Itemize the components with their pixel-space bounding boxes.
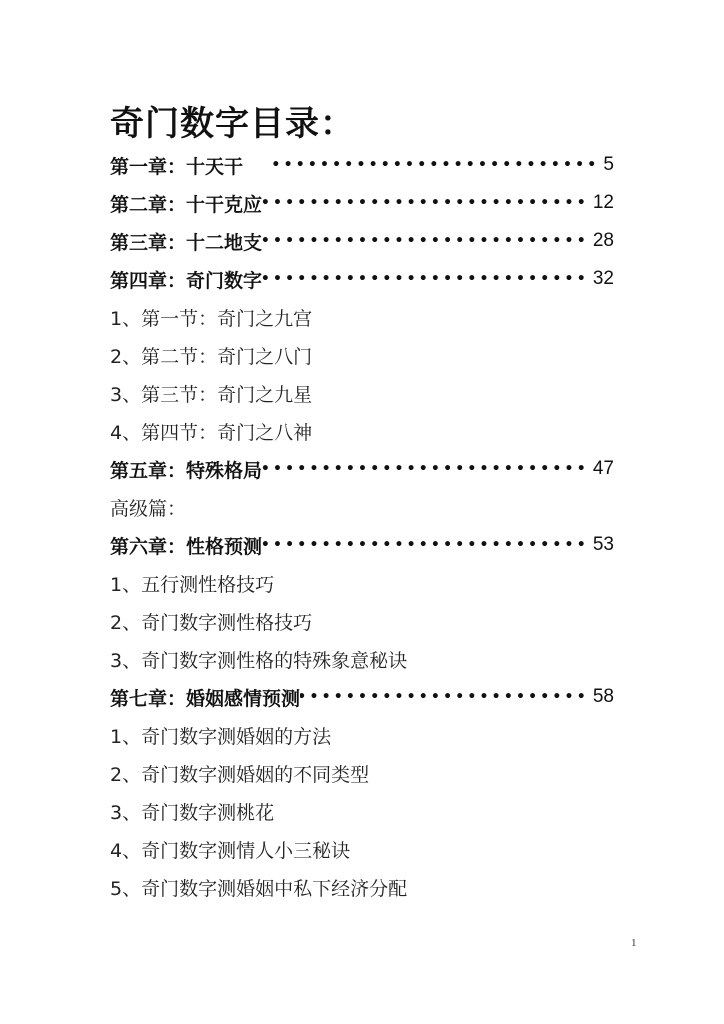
toc-entry-section[interactable]: 3、奇门数字测性格的特殊象意秘诀 bbox=[110, 644, 614, 674]
toc-entry-chapter-2[interactable]: 第二章：十干克应 •••••••••••••••••••••••••••••••… bbox=[110, 188, 614, 218]
toc-part-heading: 高级篇： bbox=[110, 492, 614, 522]
toc-entry-section[interactable]: 1、五行测性格技巧 bbox=[110, 568, 614, 598]
toc-entry-chapter-6[interactable]: 第六章：性格预测 •••••••••••••••••••••••••••••••… bbox=[110, 530, 614, 560]
toc-title: 奇门数字目录： bbox=[110, 96, 355, 145]
toc-entry-section[interactable]: 2、第二节：奇门之八门 bbox=[110, 340, 614, 370]
toc-entry-label: 2、奇门数字测性格技巧 bbox=[110, 608, 312, 635]
toc-entry-label: 3、第三节：奇门之九星 bbox=[110, 380, 312, 407]
toc-entry-label: 第六章：性格预测 bbox=[110, 532, 262, 559]
dot-leader: ••••••••••••••••••••••••••••••••••••••••… bbox=[262, 461, 593, 477]
toc-entry-label: 1、奇门数字测婚姻的方法 bbox=[110, 722, 331, 749]
toc-entry-label: 3、奇门数字测桃花 bbox=[110, 798, 274, 825]
toc-entry-section[interactable]: 5、奇门数字测婚姻中私下经济分配 bbox=[110, 872, 614, 902]
toc-page-number: 53 bbox=[593, 534, 614, 556]
toc-entry-label: 第二章：十干克应 bbox=[110, 190, 262, 217]
toc-entry-label: 第一章：十天干 bbox=[110, 152, 243, 179]
dot-leader: ••••••••••••••••••••••••••••••••••••••••… bbox=[262, 537, 593, 553]
toc-entry-chapter-4[interactable]: 第四章：奇门数字 •••••••••••••••••••••••••••••••… bbox=[110, 264, 614, 294]
toc-entry-label: 第三章：十二地支 bbox=[110, 228, 262, 255]
toc-entry-section[interactable]: 1、奇门数字测婚姻的方法 bbox=[110, 720, 614, 750]
toc-page-number: 58 bbox=[593, 686, 614, 708]
toc-entry-label: 第五章：特殊格局 bbox=[110, 456, 262, 483]
toc-entry-label: 1、第一节：奇门之九宫 bbox=[110, 304, 312, 331]
toc-entry-section[interactable]: 2、奇门数字测性格技巧 bbox=[110, 606, 614, 636]
toc-entry-label: 4、奇门数字测情人小三秘诀 bbox=[110, 836, 350, 863]
toc-entry-section[interactable]: 3、第三节：奇门之九星 bbox=[110, 378, 614, 408]
toc-page-number: 32 bbox=[593, 268, 614, 290]
toc-entry-label: 5、奇门数字测婚姻中私下经济分配 bbox=[110, 874, 407, 901]
toc-entry-label: 第七章：婚姻感情预测 bbox=[110, 684, 300, 711]
toc-entry-section[interactable]: 2、奇门数字测婚姻的不同类型 bbox=[110, 758, 614, 788]
dot-leader: ••••••••••••••••••••••••••••••••••••••••… bbox=[262, 271, 593, 287]
dot-leader: ••••••••••••••••••••••••••••••••••••••••… bbox=[300, 689, 593, 705]
toc-entry-section[interactable]: 1、第一节：奇门之九宫 bbox=[110, 302, 614, 332]
toc-page-number: 12 bbox=[593, 192, 614, 214]
dot-leader: ••••••••••••••••••••••••••••••••••••••••… bbox=[262, 195, 593, 211]
toc-entry-chapter-5[interactable]: 第五章：特殊格局 •••••••••••••••••••••••••••••••… bbox=[110, 454, 614, 484]
toc-page-number: 5 bbox=[603, 154, 614, 176]
toc-entry-label: 2、第二节：奇门之八门 bbox=[110, 342, 312, 369]
toc-entry-label: 3、奇门数字测性格的特殊象意秘诀 bbox=[110, 646, 407, 673]
toc-entry-section[interactable]: 3、奇门数字测桃花 bbox=[110, 796, 614, 826]
toc-page-number: 28 bbox=[593, 230, 614, 252]
toc-entry-label: 2、奇门数字测婚姻的不同类型 bbox=[110, 760, 369, 787]
document-page: 奇门数字目录： 第一章：十天干 ••••••••••••••••••••••••… bbox=[0, 0, 724, 1024]
dot-leader: ••••••••••••••••••••••••••••••••••••••••… bbox=[262, 233, 593, 249]
page-number: 1 bbox=[631, 937, 637, 949]
toc-entry-section[interactable]: 4、奇门数字测情人小三秘诀 bbox=[110, 834, 614, 864]
toc-entry-label: 第四章：奇门数字 bbox=[110, 266, 262, 293]
toc-entry-chapter-1[interactable]: 第一章：十天干 ••••••••••••••••••••••••••••••••… bbox=[110, 150, 614, 180]
toc-entry-label: 1、五行测性格技巧 bbox=[110, 570, 274, 597]
dot-leader: ••••••••••••••••••••••••••••••••••••••••… bbox=[273, 157, 603, 173]
toc-heading-label: 高级篇： bbox=[110, 494, 186, 521]
toc-entry-chapter-7[interactable]: 第七章：婚姻感情预测 •••••••••••••••••••••••••••••… bbox=[110, 682, 614, 712]
toc-entry-section[interactable]: 4、第四节：奇门之八神 bbox=[110, 416, 614, 446]
toc-page-number: 47 bbox=[593, 458, 614, 480]
toc-entry-label: 4、第四节：奇门之八神 bbox=[110, 418, 312, 445]
toc-entry-chapter-3[interactable]: 第三章：十二地支 •••••••••••••••••••••••••••••••… bbox=[110, 226, 614, 256]
